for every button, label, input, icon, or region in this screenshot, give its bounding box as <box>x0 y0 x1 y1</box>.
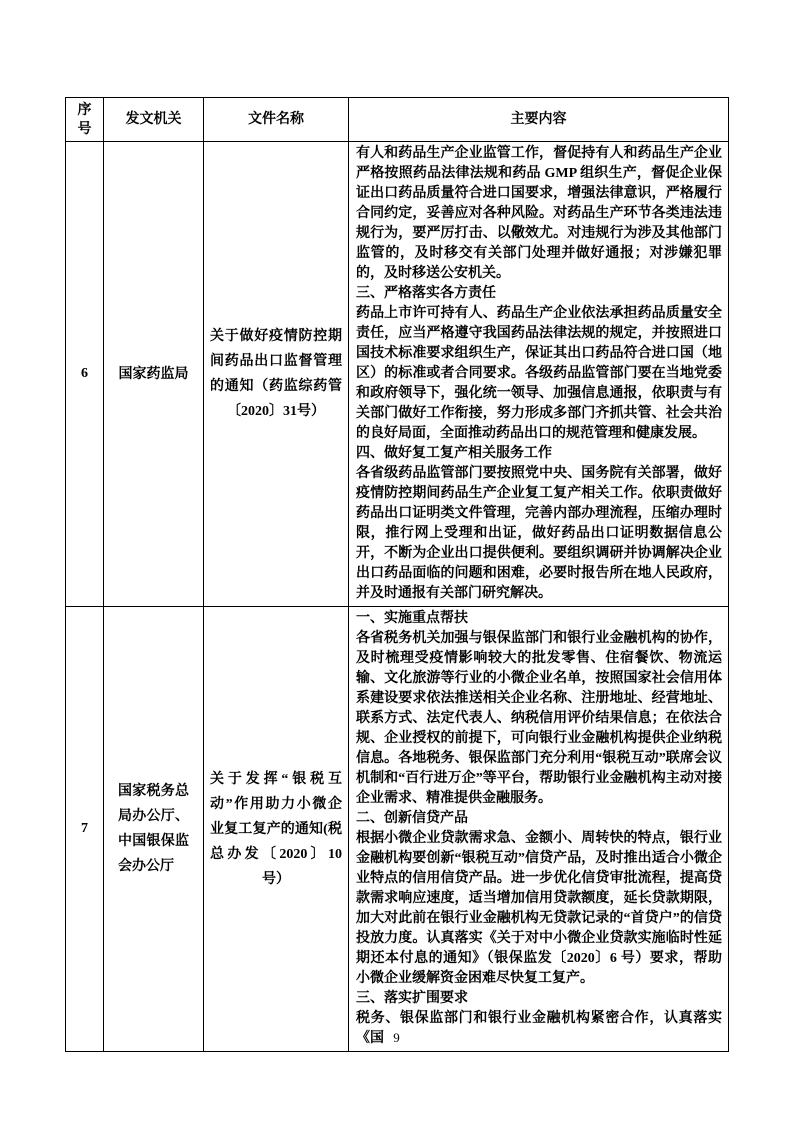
document-name-cell: 关于做好疫情防控期间药品出口监督管理的通知（药监综药管〔2020〕31号） <box>204 142 349 607</box>
content-paragraph: 各省税务机关加强与银保监部门和银行业金融机构的协作，及时梳理受疫情影响较大的批发… <box>356 629 722 809</box>
table-header: 序号 发文机关 文件名称 主要内容 <box>66 98 729 142</box>
content-section-heading: 一、实施重点帮扶 <box>356 609 722 629</box>
content-paragraph: 药品上市许可持有人、药品生产企业依法承担药品质量安全责任，应当严格遵守我国药品法… <box>356 304 722 444</box>
document-page: 序号 发文机关 文件名称 主要内容 6国家药监局关于做好疫情防控期间药品出口监督… <box>0 0 793 1122</box>
main-content-cell: 有人和药品生产企业监管工作，督促持有人和药品生产企业严格按照药品法律法规和药品 … <box>349 142 729 607</box>
content-paragraph: 根据小微企业贷款需求急、金额小、周转快的特点，银行业金融机构要创新“银税互动”信… <box>356 829 722 989</box>
table-body: 6国家药监局关于做好疫情防控期间药品出口监督管理的通知（药监综药管〔2020〕3… <box>66 142 729 1052</box>
row-number-cell: 6 <box>66 142 104 607</box>
document-name-cell: 关于发挥“银税互动”作用助力小微企业复工复产的通知(税总办发〔2020〕10号） <box>204 607 349 1052</box>
issuing-agency-cell: 国家药监局 <box>104 142 204 607</box>
content-section-heading: 二、创新信贷产品 <box>356 809 722 829</box>
regulations-table: 序号 发文机关 文件名称 主要内容 6国家药监局关于做好疫情防控期间药品出口监督… <box>65 97 729 1052</box>
content-section-heading: 三、落实扩围要求 <box>356 989 722 1009</box>
column-header-document: 文件名称 <box>204 98 349 142</box>
content-section-heading: 四、做好复工复产相关服务工作 <box>356 444 722 464</box>
main-content-cell: 一、实施重点帮扶各省税务机关加强与银保监部门和银行业金融机构的协作，及时梳理受疫… <box>349 607 729 1052</box>
page-number: 9 <box>0 1030 793 1046</box>
table-row: 7国家税务总局办公厅、中国银保监会办公厅关于发挥“银税互动”作用助力小微企业复工… <box>66 607 729 1052</box>
content-paragraph: 有人和药品生产企业监管工作，督促持有人和药品生产企业严格按照药品法律法规和药品 … <box>356 144 722 284</box>
column-header-index: 序号 <box>66 98 104 142</box>
table-row: 6国家药监局关于做好疫情防控期间药品出口监督管理的通知（药监综药管〔2020〕3… <box>66 142 729 607</box>
column-header-agency: 发文机关 <box>104 98 204 142</box>
header-row: 序号 发文机关 文件名称 主要内容 <box>66 98 729 142</box>
content-paragraph: 各省级药品监管部门要按照党中央、国务院有关部署，做好疫情防控期间药品生产企业复工… <box>356 464 722 604</box>
issuing-agency-cell: 国家税务总局办公厅、中国银保监会办公厅 <box>104 607 204 1052</box>
row-number-cell: 7 <box>66 607 104 1052</box>
content-section-heading: 三、严格落实各方责任 <box>356 284 722 304</box>
column-header-content: 主要内容 <box>349 98 729 142</box>
